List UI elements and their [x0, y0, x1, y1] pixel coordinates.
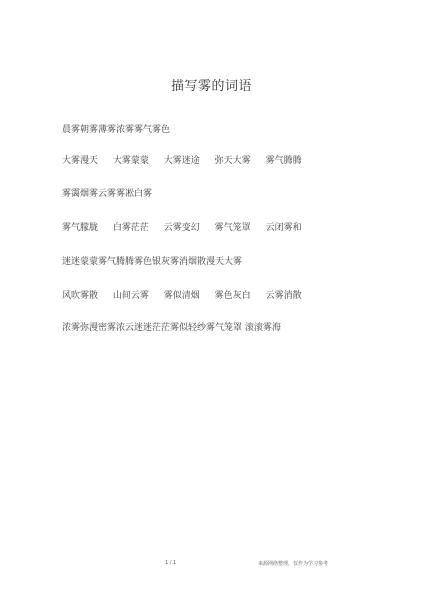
- document-page: 描写雾的词语 晨雾朝雾薄雾浓雾雾气雾色 大雾漫天 大雾蒙蒙 大雾迷途 弥天大雾 …: [0, 0, 423, 600]
- word-item: 雾气笼罩: [215, 222, 251, 234]
- word-line-5: 迷迷蒙蒙雾气腾腾雾色银灰雾消烟散漫天大雾: [62, 256, 242, 268]
- word-item: 云雾消散: [266, 290, 302, 302]
- word-item: 雾色灰白: [215, 290, 251, 302]
- word-item: 雾气腾腾: [266, 155, 302, 167]
- page-number: 1 / 1: [165, 560, 176, 566]
- word-line-2: 大雾漫天 大雾蒙蒙 大雾迷途 弥天大雾 雾气腾腾: [62, 155, 302, 167]
- word-item: 风吹雾散: [62, 290, 98, 302]
- page-title: 描写雾的词语: [0, 75, 423, 94]
- word-item: 白雾茫茫: [113, 222, 149, 234]
- source-note: 来源网络整理，仅作为学习参考: [258, 560, 328, 567]
- word-line-6: 风吹雾散 山间云雾 雾似清烟 雾色灰白 云雾消散: [62, 290, 302, 302]
- word-item: 大雾漫天: [62, 155, 98, 167]
- word-line-3: 雾霭烟雾云雾雾凇白雾: [62, 188, 152, 200]
- word-item: 山间云雾: [113, 290, 149, 302]
- word-item: 大雾蒙蒙: [113, 155, 149, 167]
- word-item: 弥天大雾: [215, 155, 251, 167]
- word-line-7: 浓雾弥漫密雾浓云迷迷茫茫雾似轻纱雾气笼罩 滚滚雾海: [62, 322, 281, 334]
- word-item: 雾似清烟: [164, 290, 200, 302]
- word-item: 云闭雾和: [266, 222, 302, 234]
- word-line-1: 晨雾朝雾薄雾浓雾雾气雾色: [62, 124, 170, 136]
- word-item: 大雾迷途: [164, 155, 200, 167]
- word-item: 雾气朦胧: [62, 222, 98, 234]
- word-line-4: 雾气朦胧 白雾茫茫 云雾变幻 雾气笼罩 云闭雾和: [62, 222, 302, 234]
- word-item: 云雾变幻: [164, 222, 200, 234]
